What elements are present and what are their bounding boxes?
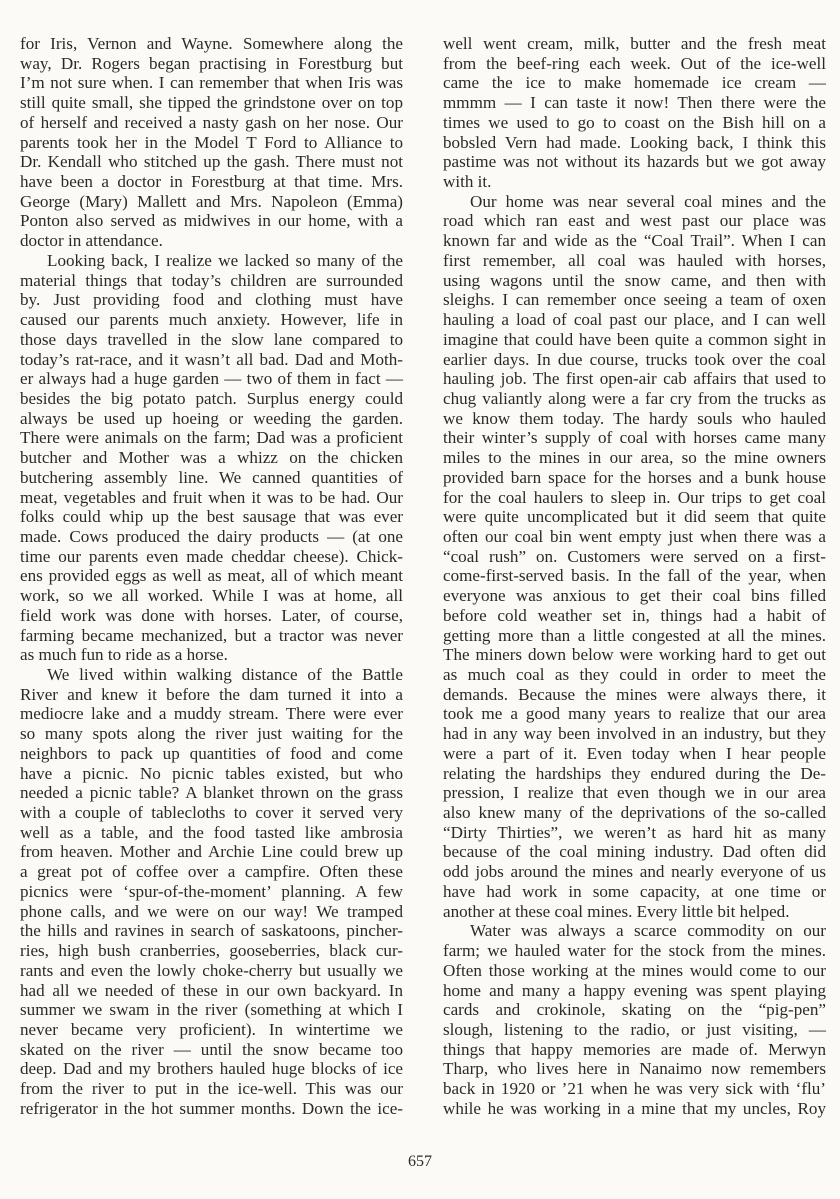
text-line: were quite uncomplicated but it did seem… (443, 507, 826, 527)
text-line: farming became mechanized, but a tractor… (20, 626, 403, 646)
text-column-right: well went cream, milk, butter and the fr… (443, 34, 826, 1119)
text-line: were a part of it. Even today when I hea… (443, 744, 826, 764)
text-line: as much coal as they could in order to m… (443, 665, 826, 685)
text-line: phone calls, and we were on our way! We … (20, 902, 403, 922)
text-line: needed a picnic table? A blanket thrown … (20, 783, 403, 803)
text-line: by. Just providing food and clothing mus… (20, 290, 403, 310)
text-line: hauling a load of coal past our place, a… (443, 310, 826, 330)
text-line: relating the hardships they endured duri… (443, 764, 826, 784)
text-line: hauling job. The first open-air cab affa… (443, 369, 826, 389)
text-line: times we used to go to coast on the Bish… (443, 113, 826, 133)
text-line: pression, I realize that even though we … (443, 783, 826, 803)
text-line: getting more than a little congested at … (443, 626, 826, 646)
text-line: demands. Because the mines were always t… (443, 685, 826, 705)
text-line: of herself and received a nasty gash on … (20, 113, 403, 133)
text-line: with a couple of tablecloths to cover it… (20, 803, 403, 823)
text-line: using wagons until the snow came, and th… (443, 271, 826, 291)
text-line: picnics were ‘spur-of-the-moment’ planni… (20, 882, 403, 902)
text-line: well as a table, and the food tasted lik… (20, 823, 403, 843)
text-line: known far and wide as the “Coal Trail”. … (443, 231, 826, 251)
text-line: “coal rush” on. Customers were served on… (443, 547, 826, 567)
text-line: sleighs. I can remember once seeing a te… (443, 290, 826, 310)
text-line: neighbors to pack up quantities of food … (20, 744, 403, 764)
text-line: their winter’s supply of coal with horse… (443, 428, 826, 448)
text-line: mmmm — I can taste it now! Then there we… (443, 93, 826, 113)
text-line: folks could whip up the best sausage tha… (20, 507, 403, 527)
text-line: Water was always a scarce commodity on o… (443, 921, 826, 941)
text-line: cards and crokinole, skating on the “pig… (443, 1000, 826, 1020)
text-line: chug valiantly along were a far cry from… (443, 389, 826, 409)
text-line: always be used up hoeing or weeding the … (20, 409, 403, 429)
text-line: we know them today. The hardy souls who … (443, 409, 826, 429)
text-line: those days travelled in the slow lane co… (20, 330, 403, 350)
text-line: Tharp, who lives here in Nanaimo now rem… (443, 1059, 826, 1079)
text-line: material things that today’s children ar… (20, 271, 403, 291)
text-line: besides the big potato patch. Surplus en… (20, 389, 403, 409)
text-line: earlier days. In due course, trucks took… (443, 350, 826, 370)
text-line: provided barn space for the horses and a… (443, 468, 826, 488)
text-line: for Iris, Vernon and Wayne. Somewhere al… (20, 34, 403, 54)
text-line: home and many a happy evening was spent … (443, 981, 826, 1001)
text-line: because of the coal mining industry. Dad… (443, 842, 826, 862)
text-line: from heaven. Mother and Archie Line coul… (20, 842, 403, 862)
text-line: ens provided eggs as well as meat, all o… (20, 566, 403, 586)
text-line: time our parents even made cheddar chees… (20, 547, 403, 567)
text-line: often our coal bin went empty just when … (443, 527, 826, 547)
text-line: Dr. Kendall who stitched up the gash. Th… (20, 152, 403, 172)
text-line: bobsled Vern had made. Looking back, I t… (443, 133, 826, 153)
text-column-left: for Iris, Vernon and Wayne. Somewhere al… (20, 34, 403, 1119)
text-line: farm; we hauled water for the stock from… (443, 941, 826, 961)
text-line: as much fun to ride as a horse. (20, 645, 403, 665)
text-line: meat, vegetables and fruit when it was t… (20, 488, 403, 508)
text-line: came the ice to make homemade ice cream … (443, 73, 826, 93)
text-line: had in any way been involved in an indus… (443, 724, 826, 744)
text-line: have a picnic. No picnic tables existed,… (20, 764, 403, 784)
text-line: caused our parents much anxiety. However… (20, 310, 403, 330)
text-line: parents took her in the Model T Ford to … (20, 133, 403, 153)
text-line: field work was done with horses. Later, … (20, 606, 403, 626)
text-line: come-first-served basis. In the fall of … (443, 566, 826, 586)
text-line: Looking back, I realize we lacked so man… (20, 251, 403, 271)
text-line: butchering assembly line. We canned quan… (20, 468, 403, 488)
text-line: have been a doctor in Forestburg at that… (20, 172, 403, 192)
text-line: today’s rat-race, and it wasn’t all bad.… (20, 350, 403, 370)
text-line: I’m not sure when. I can remember that w… (20, 73, 403, 93)
text-line: with it. (443, 172, 826, 192)
text-line: ries, high bush cranberries, gooseberrie… (20, 941, 403, 961)
text-line: rants and even the lowly choke-cherry bu… (20, 961, 403, 981)
text-line: We lived within walking distance of the … (20, 665, 403, 685)
text-line: slough, listening to the radio, or just … (443, 1020, 826, 1040)
text-line: took me a good many years to realize tha… (443, 704, 826, 724)
text-line: doctor in attendance. (20, 231, 403, 251)
text-line: River and knew it before the dam turned … (20, 685, 403, 705)
text-line: miles to the mines in our area, so the m… (443, 448, 826, 468)
text-line: refrigerator in the hot summer months. D… (20, 1099, 403, 1119)
text-line: for the coal haulers to sleep in. Our tr… (443, 488, 826, 508)
text-line: things that happy memories are made of. … (443, 1040, 826, 1060)
text-line: Often those working at the mines would c… (443, 961, 826, 981)
page-number: 657 (0, 1153, 840, 1171)
text-line: everyone was anxious to get their coal b… (443, 586, 826, 606)
text-line: odd jobs around the mines and nearly eve… (443, 862, 826, 882)
text-line: also knew many of the deprivations of th… (443, 803, 826, 823)
text-line: er always had a huge garden — two of the… (20, 369, 403, 389)
text-line: road which ran east and west past our pl… (443, 211, 826, 231)
text-line: imagine that could have been quite a com… (443, 330, 826, 350)
text-line: butcher and Mother was a whizz on the ch… (20, 448, 403, 468)
text-line: skated on the river — until the snow bec… (20, 1040, 403, 1060)
text-line: before cold weather set in, things had a… (443, 606, 826, 626)
text-line: from the river to put in the ice-well. T… (20, 1079, 403, 1099)
text-line: way, Dr. Rogers began practising in Fore… (20, 54, 403, 74)
text-line: Ponton also served as midwives in our ho… (20, 211, 403, 231)
text-line: made. Cows produced the dairy products —… (20, 527, 403, 547)
text-line: still quite small, she tipped the grinds… (20, 93, 403, 113)
text-line: summer we swam in the river (something a… (20, 1000, 403, 1020)
text-line: work, so we all worked. While I was at h… (20, 586, 403, 606)
text-line: while he was working in a mine that my u… (443, 1099, 826, 1119)
text-line: so many spots along the river just waiti… (20, 724, 403, 744)
text-line: a great pot of coffee over a campfire. O… (20, 862, 403, 882)
text-line: back in 1920 or ’21 when he was very sic… (443, 1079, 826, 1099)
text-line: Our home was near several coal mines and… (443, 192, 826, 212)
text-line: first remember, all coal was hauled with… (443, 251, 826, 271)
text-line: deep. Dad and my brothers hauled huge bl… (20, 1059, 403, 1079)
text-line: There were animals on the farm; Dad was … (20, 428, 403, 448)
text-line: never became very proficient). In winter… (20, 1020, 403, 1040)
text-line: another at these coal mines. Every littl… (443, 902, 826, 922)
text-line: had all we needed of these in our own ba… (20, 981, 403, 1001)
book-page: for Iris, Vernon and Wayne. Somewhere al… (0, 0, 840, 1199)
text-line: from the beef-ring each week. Out of the… (443, 54, 826, 74)
text-line: pastime was not without its hazards but … (443, 152, 826, 172)
text-line: The miners down below were working hard … (443, 645, 826, 665)
text-line: “Dirty Thirties”, we weren’t as hard hit… (443, 823, 826, 843)
text-line: have had work in some capacity, at one t… (443, 882, 826, 902)
text-line: the hills and ravines in search of saska… (20, 921, 403, 941)
text-line: well went cream, milk, butter and the fr… (443, 34, 826, 54)
text-line: George (Mary) Mallett and Mrs. Napoleon … (20, 192, 403, 212)
text-line: mediocre lake and a muddy stream. There … (20, 704, 403, 724)
